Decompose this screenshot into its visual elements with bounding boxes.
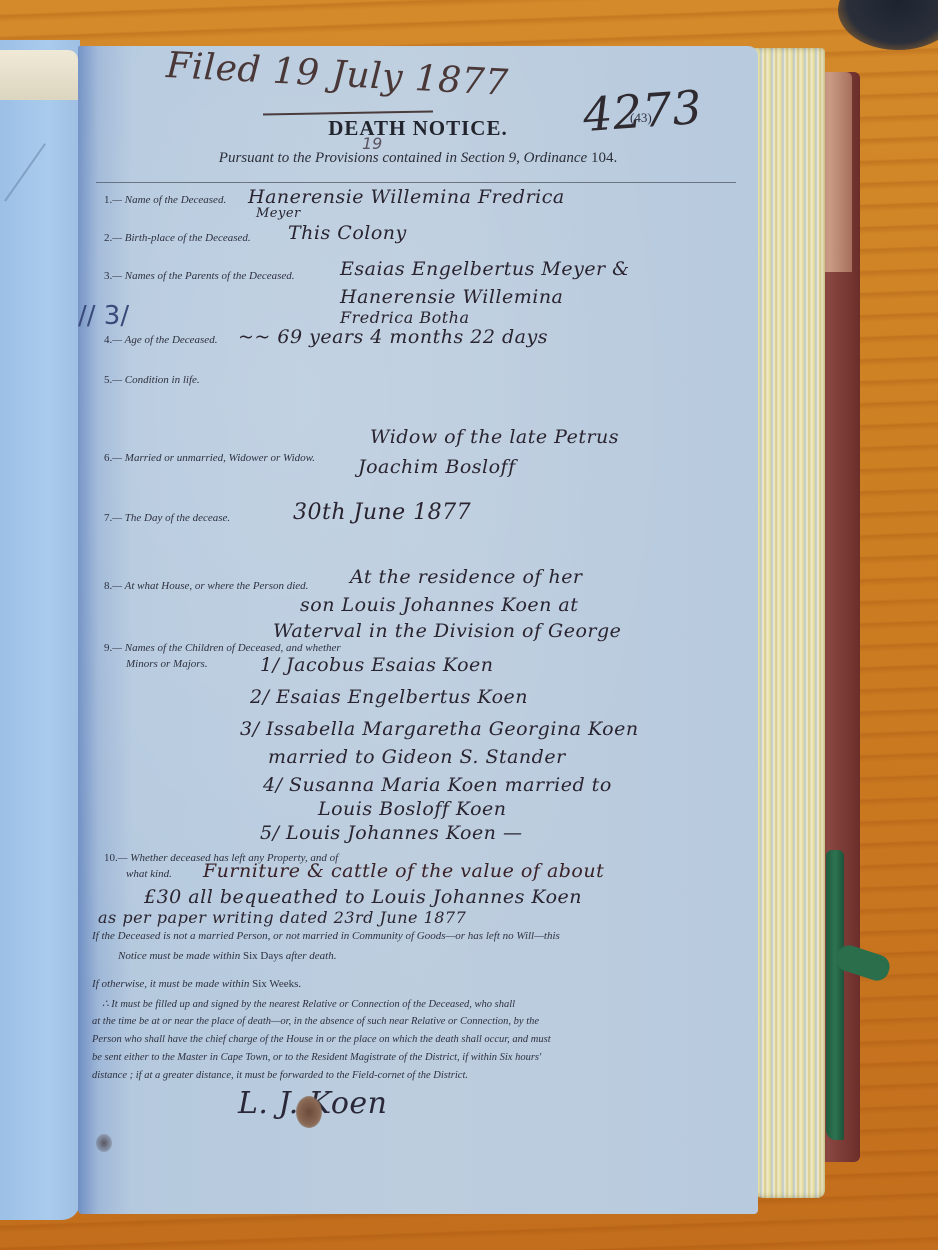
death-notice-page: Filed 19 July 1877 4273 (43) DEATH NOTIC… [78,46,758,1214]
child-4: 4/ Susanna Maria Koen married to [263,774,612,796]
field-label-property-line2: what kind. [126,868,172,880]
child-2: 2/ Esaias Engelbertus Koen [250,686,528,708]
field-label-place-of-death: 8.— At what House, or where the Person d… [104,580,308,592]
field-value-marital-1: Widow of the late Petrus [370,426,619,448]
field-label-name: 1.— Name of the Deceased. [104,194,226,206]
otherwise-line: If otherwise, it must be made within Six… [92,978,301,990]
instruction-line-4: be sent either to the Master in Cape Tow… [92,1052,541,1063]
instruction-line-1: ∴ It must be filled up and signed by the… [102,998,515,1010]
page-title: DEATH NOTICE. [78,116,758,141]
field-value-property-3: as per paper writing dated 23rd June 187… [98,908,466,927]
notice-line-2: Notice must be made within Six Days afte… [118,950,336,962]
ink-stain [296,1096,322,1128]
instruction-line-2: at the time be at or near the place of d… [92,1016,539,1027]
header-rule [96,182,736,183]
field-value-parents-1: Esaias Engelbertus Meyer & [340,258,630,280]
child-3-spouse: married to Gideon S. Stander [268,746,566,768]
field-label-age: 4.— Age of the Deceased. [104,334,217,346]
left-facing-page [0,40,80,1220]
field-label-date-of-death: 7.— The Day of the decease. [104,512,230,524]
field-value-name: Hanerensie Willemina Fredrica [248,186,565,208]
field-value-date-of-death: 30th June 1877 [293,500,471,525]
field-label-birthplace: 2.— Birth-place of the Deceased. [104,232,251,244]
page-subtitle: Pursuant to the Provisions contained in … [78,150,758,167]
field-label-parents: 3.— Names of the Parents of the Deceased… [104,270,295,282]
field-value-place-2: son Louis Johannes Koen at [300,594,578,616]
field-value-parents-3: Fredrica Botha [340,308,469,327]
field-value-parents-2: Hanerensie Willemina [340,286,563,308]
notice-line-1: If the Deceased is not a married Person,… [92,930,560,942]
field-label-marital-status: 6.— Married or unmarried, Widower or Wid… [104,452,315,464]
field-value-place-1: At the residence of her [350,566,583,588]
field-value-place-3: Waterval in the Division of George [273,620,621,642]
left-page-top-edge [0,50,78,100]
field-value-property-2: £30 all bequeathed to Louis Johannes Koe… [144,886,582,908]
instruction-line-3: Person who shall have the chief charge o… [92,1034,551,1045]
smudge-mark [96,1134,112,1152]
bookmark-ribbon[interactable] [826,850,844,1140]
filed-note: Filed 19 July 1877 [165,45,509,104]
field-value-property-1: Furniture & cattle of the value of about [203,860,604,882]
subtitle-text: Pursuant to the Provisions contained in … [219,150,587,166]
title-underline [263,111,433,116]
field-label-children: 9.— Names of the Children of Deceased, a… [104,642,341,654]
instruction-line-5: distance ; if at a greater distance, it … [92,1070,468,1081]
field-label-children-line2: Minors or Majors. [126,658,208,670]
field-value-name-line2: Meyer [256,206,301,221]
child-5: 5/ Louis Johannes Koen — [260,822,522,844]
margin-mark: ∕∕ 3/ [78,301,129,331]
field-label-condition: 5.— Condition in life. [104,374,200,386]
field-value-age: ~~ 69 years 4 months 22 days [238,326,548,348]
child-1: 1/ Jacobus Esaias Koen [260,654,494,676]
child-4-spouse: Louis Bosloff Koen [318,798,507,820]
ordinance-number: 104. [591,150,617,166]
field-value-birthplace: This Colony [288,222,407,244]
dark-object-corner [838,0,938,50]
left-page-pencil-mark [4,143,46,201]
field-value-marital-2: Joachim Bosloff [358,456,516,478]
child-3: 3/ Issabella Margaretha Georgina Koen [240,718,639,740]
